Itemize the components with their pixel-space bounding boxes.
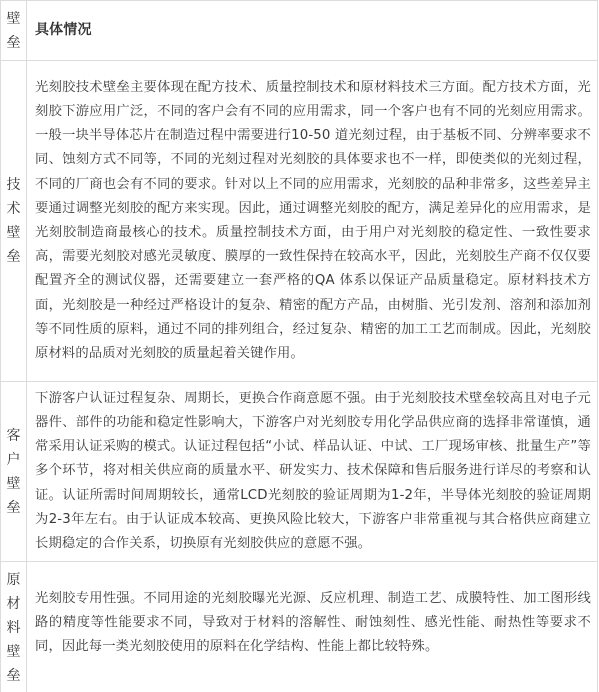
row-content-cell: 光刻胶技术壁垒主要体现在配方技术、质量控制技术和原材料技术三方面。配方技术方面，… <box>27 61 597 381</box>
table-row-customer-barrier: 客户壁垒 下游客户认证过程复杂、周期长，更换合作商意愿不强。由于光刻胶技术壁垒较… <box>1 382 597 562</box>
row-label: 技术壁垒 <box>7 173 21 269</box>
header-content-cell: 具体情况 <box>27 1 597 60</box>
barrier-table: 壁垒 具体情况 技术壁垒 光刻胶技术壁垒主要体现在配方技术、质量控制技术和原材料… <box>0 0 598 692</box>
header-label-cell: 壁垒 <box>1 1 27 60</box>
row-label-cell: 客户壁垒 <box>1 382 27 561</box>
row-label-cell: 技术壁垒 <box>1 61 27 381</box>
table-row-tech-barrier: 技术壁垒 光刻胶技术壁垒主要体现在配方技术、质量控制技术和原材料技术三方面。配方… <box>1 61 597 382</box>
header-label: 壁垒 <box>7 7 21 55</box>
row-content: 下游客户认证过程复杂、周期长，更换合作商意愿不强。由于光刻胶技术壁垒较高且对电子… <box>35 387 591 556</box>
table-header-row: 壁垒 具体情况 <box>1 1 597 61</box>
row-content: 光刻胶技术壁垒主要体现在配方技术、质量控制技术和原材料技术三方面。配方技术方面，… <box>35 76 591 366</box>
row-content-cell: 下游客户认证过程复杂、周期长，更换合作商意愿不强。由于光刻胶技术壁垒较高且对电子… <box>27 382 597 561</box>
row-label: 原材料壁垒 <box>7 568 21 688</box>
row-content-cell: 光刻胶专用性强。不同用途的光刻胶曝光光源、反应机理、制造工艺、成膜特性、加工图形… <box>27 562 597 692</box>
row-content: 光刻胶专用性强。不同用途的光刻胶曝光光源、反应机理、制造工艺、成膜特性、加工图形… <box>35 587 591 660</box>
row-label: 客户壁垒 <box>7 424 21 520</box>
table-row-raw-material-barrier: 原材料壁垒 光刻胶专用性强。不同用途的光刻胶曝光光源、反应机理、制造工艺、成膜特… <box>1 562 597 692</box>
header-content: 具体情况 <box>35 18 92 42</box>
row-label-cell: 原材料壁垒 <box>1 562 27 692</box>
